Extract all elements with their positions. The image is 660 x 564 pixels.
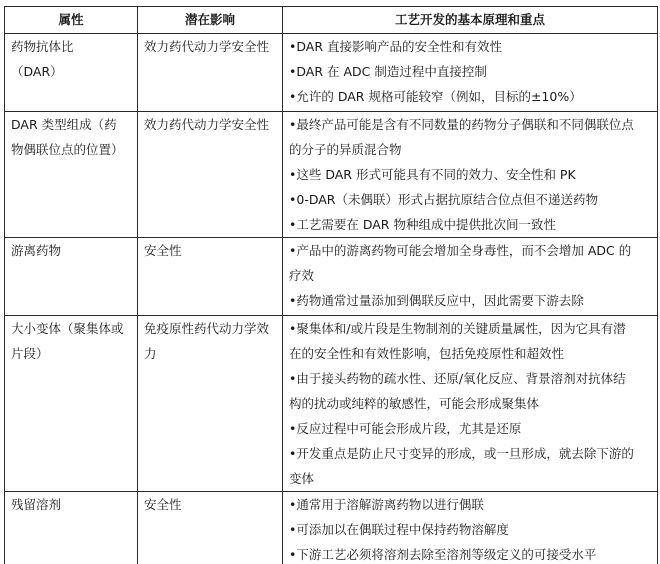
rationale-cell: •聚集体和/或片段是生物制剂的关键质量属性，因为它具有潜 在的安全性和有效性影响…: [283, 316, 658, 492]
bullet-point: 变体: [289, 466, 651, 491]
bullet-point: 疗效: [289, 263, 651, 288]
bullet-point: •工艺需要在 DAR 物种组成中提供批次间一致性: [289, 212, 651, 237]
impact-cell: 安全性: [138, 238, 283, 316]
attribute-text: 药物抗体比: [11, 34, 131, 59]
table-row: DAR 类型组成（药 物偶联位点的位置） 效力药代动力学安全性 •最终产品可能是…: [5, 112, 658, 238]
bullet-point: •产品中的游离药物可能会增加全身毒性，而不会增加 ADC 的: [289, 238, 651, 263]
table-row: 残留溶剂 安全性 •通常用于溶解游离药物以进行偶联 •可添加以在偶联过程中保持药…: [5, 492, 658, 564]
impact-text: 安全性: [144, 492, 276, 517]
table-row: 游离药物 安全性 •产品中的游离药物可能会增加全身毒性，而不会增加 ADC 的 …: [5, 238, 658, 316]
impact-text: 效力药代动力学安全性: [144, 112, 276, 137]
table-header-row: 属性 潜在影响 工艺开发的基本原理和重点: [5, 7, 658, 34]
impact-text: 效力药代动力学安全性: [144, 34, 276, 59]
attribute-text: 大小变体（聚集体或: [11, 316, 131, 341]
impact-cell: 效力药代动力学安全性: [138, 112, 283, 238]
attribute-text: 物偶联位点的位置）: [11, 137, 131, 162]
bullet-point: •通常用于溶解游离药物以进行偶联: [289, 492, 651, 517]
attribute-text: 残留溶剂: [11, 492, 131, 517]
header-rationale: 工艺开发的基本原理和重点: [283, 7, 658, 34]
bullet-point: •药物通常过量添加到偶联反应中，因此需要下游去除: [289, 288, 651, 313]
attribute-cell: 游离药物: [5, 238, 138, 316]
attribute-cell: 药物抗体比 （DAR）: [5, 34, 138, 112]
bullet-point: •DAR 在 ADC 制造过程中直接控制: [289, 59, 651, 84]
bullet-point: •聚集体和/或片段是生物制剂的关键质量属性，因为它具有潜: [289, 316, 651, 341]
header-impact: 潜在影响: [138, 7, 283, 34]
bullet-point: •下游工艺必须将溶剂去除至溶剂等级定义的可接受水平: [289, 542, 651, 564]
attribute-text: DAR 类型组成（药: [11, 112, 131, 137]
bullet-point: •最终产品可能是含有不同数量的药物分子偶联和不同偶联位点: [289, 112, 651, 137]
table-row: 大小变体（聚集体或 片段） 免疫原性药代动力学效 力 •聚集体和/或片段是生物制…: [5, 316, 658, 492]
bullet-point: •这些 DAR 形式可能具有不同的效力、安全性和 PK: [289, 162, 651, 187]
bullet-point: 构的扰动或纯粹的敏感性，可能会形成聚集体: [289, 391, 651, 416]
header-attribute: 属性: [5, 7, 138, 34]
attribute-cell: 残留溶剂: [5, 492, 138, 564]
attribute-cell: 大小变体（聚集体或 片段）: [5, 316, 138, 492]
attribute-impact-table: 属性 潜在影响 工艺开发的基本原理和重点 药物抗体比 （DAR） 效力药代动力学…: [4, 6, 658, 564]
attribute-text: 游离药物: [11, 238, 131, 263]
bullet-point: •0-DAR（未偶联）形式占据抗原结合位点但不递送药物: [289, 187, 651, 212]
rationale-cell: •通常用于溶解游离药物以进行偶联 •可添加以在偶联过程中保持药物溶解度 •下游工…: [283, 492, 658, 564]
rationale-cell: •产品中的游离药物可能会增加全身毒性，而不会增加 ADC 的 疗效 •药物通常过…: [283, 238, 658, 316]
rationale-cell: •最终产品可能是含有不同数量的药物分子偶联和不同偶联位点 的分子的异质混合物 •…: [283, 112, 658, 238]
attribute-cell: DAR 类型组成（药 物偶联位点的位置）: [5, 112, 138, 238]
impact-text: 安全性: [144, 238, 276, 263]
bullet-point: •允许的 DAR 规格可能较窄（例如，目标的±10%）: [289, 84, 651, 109]
bullet-point: 的分子的异质混合物: [289, 137, 651, 162]
rationale-cell: •DAR 直接影响产品的安全性和有效性 •DAR 在 ADC 制造过程中直接控制…: [283, 34, 658, 112]
bullet-point: •DAR 直接影响产品的安全性和有效性: [289, 34, 651, 59]
impact-cell: 效力药代动力学安全性: [138, 34, 283, 112]
bullet-point: •可添加以在偶联过程中保持药物溶解度: [289, 517, 651, 542]
bullet-point: •由于接头药物的疏水性、还原/氧化反应、背景溶剂对抗体结: [289, 366, 651, 391]
impact-text: 力: [144, 341, 276, 366]
attribute-text: （DAR）: [11, 59, 131, 84]
impact-cell: 免疫原性药代动力学效 力: [138, 316, 283, 492]
table-row: 药物抗体比 （DAR） 效力药代动力学安全性 •DAR 直接影响产品的安全性和有…: [5, 34, 658, 112]
bullet-point: •开发重点是防止尺寸变异的形成，或一旦形成，就去除下游的: [289, 441, 651, 466]
bullet-point: •反应过程中可能会形成片段，尤其是还原: [289, 416, 651, 441]
bullet-point: 在的安全性和有效性影响，包括免疫原性和超效性: [289, 341, 651, 366]
impact-cell: 安全性: [138, 492, 283, 564]
attribute-text: 片段）: [11, 341, 131, 366]
impact-text: 免疫原性药代动力学效: [144, 316, 276, 341]
